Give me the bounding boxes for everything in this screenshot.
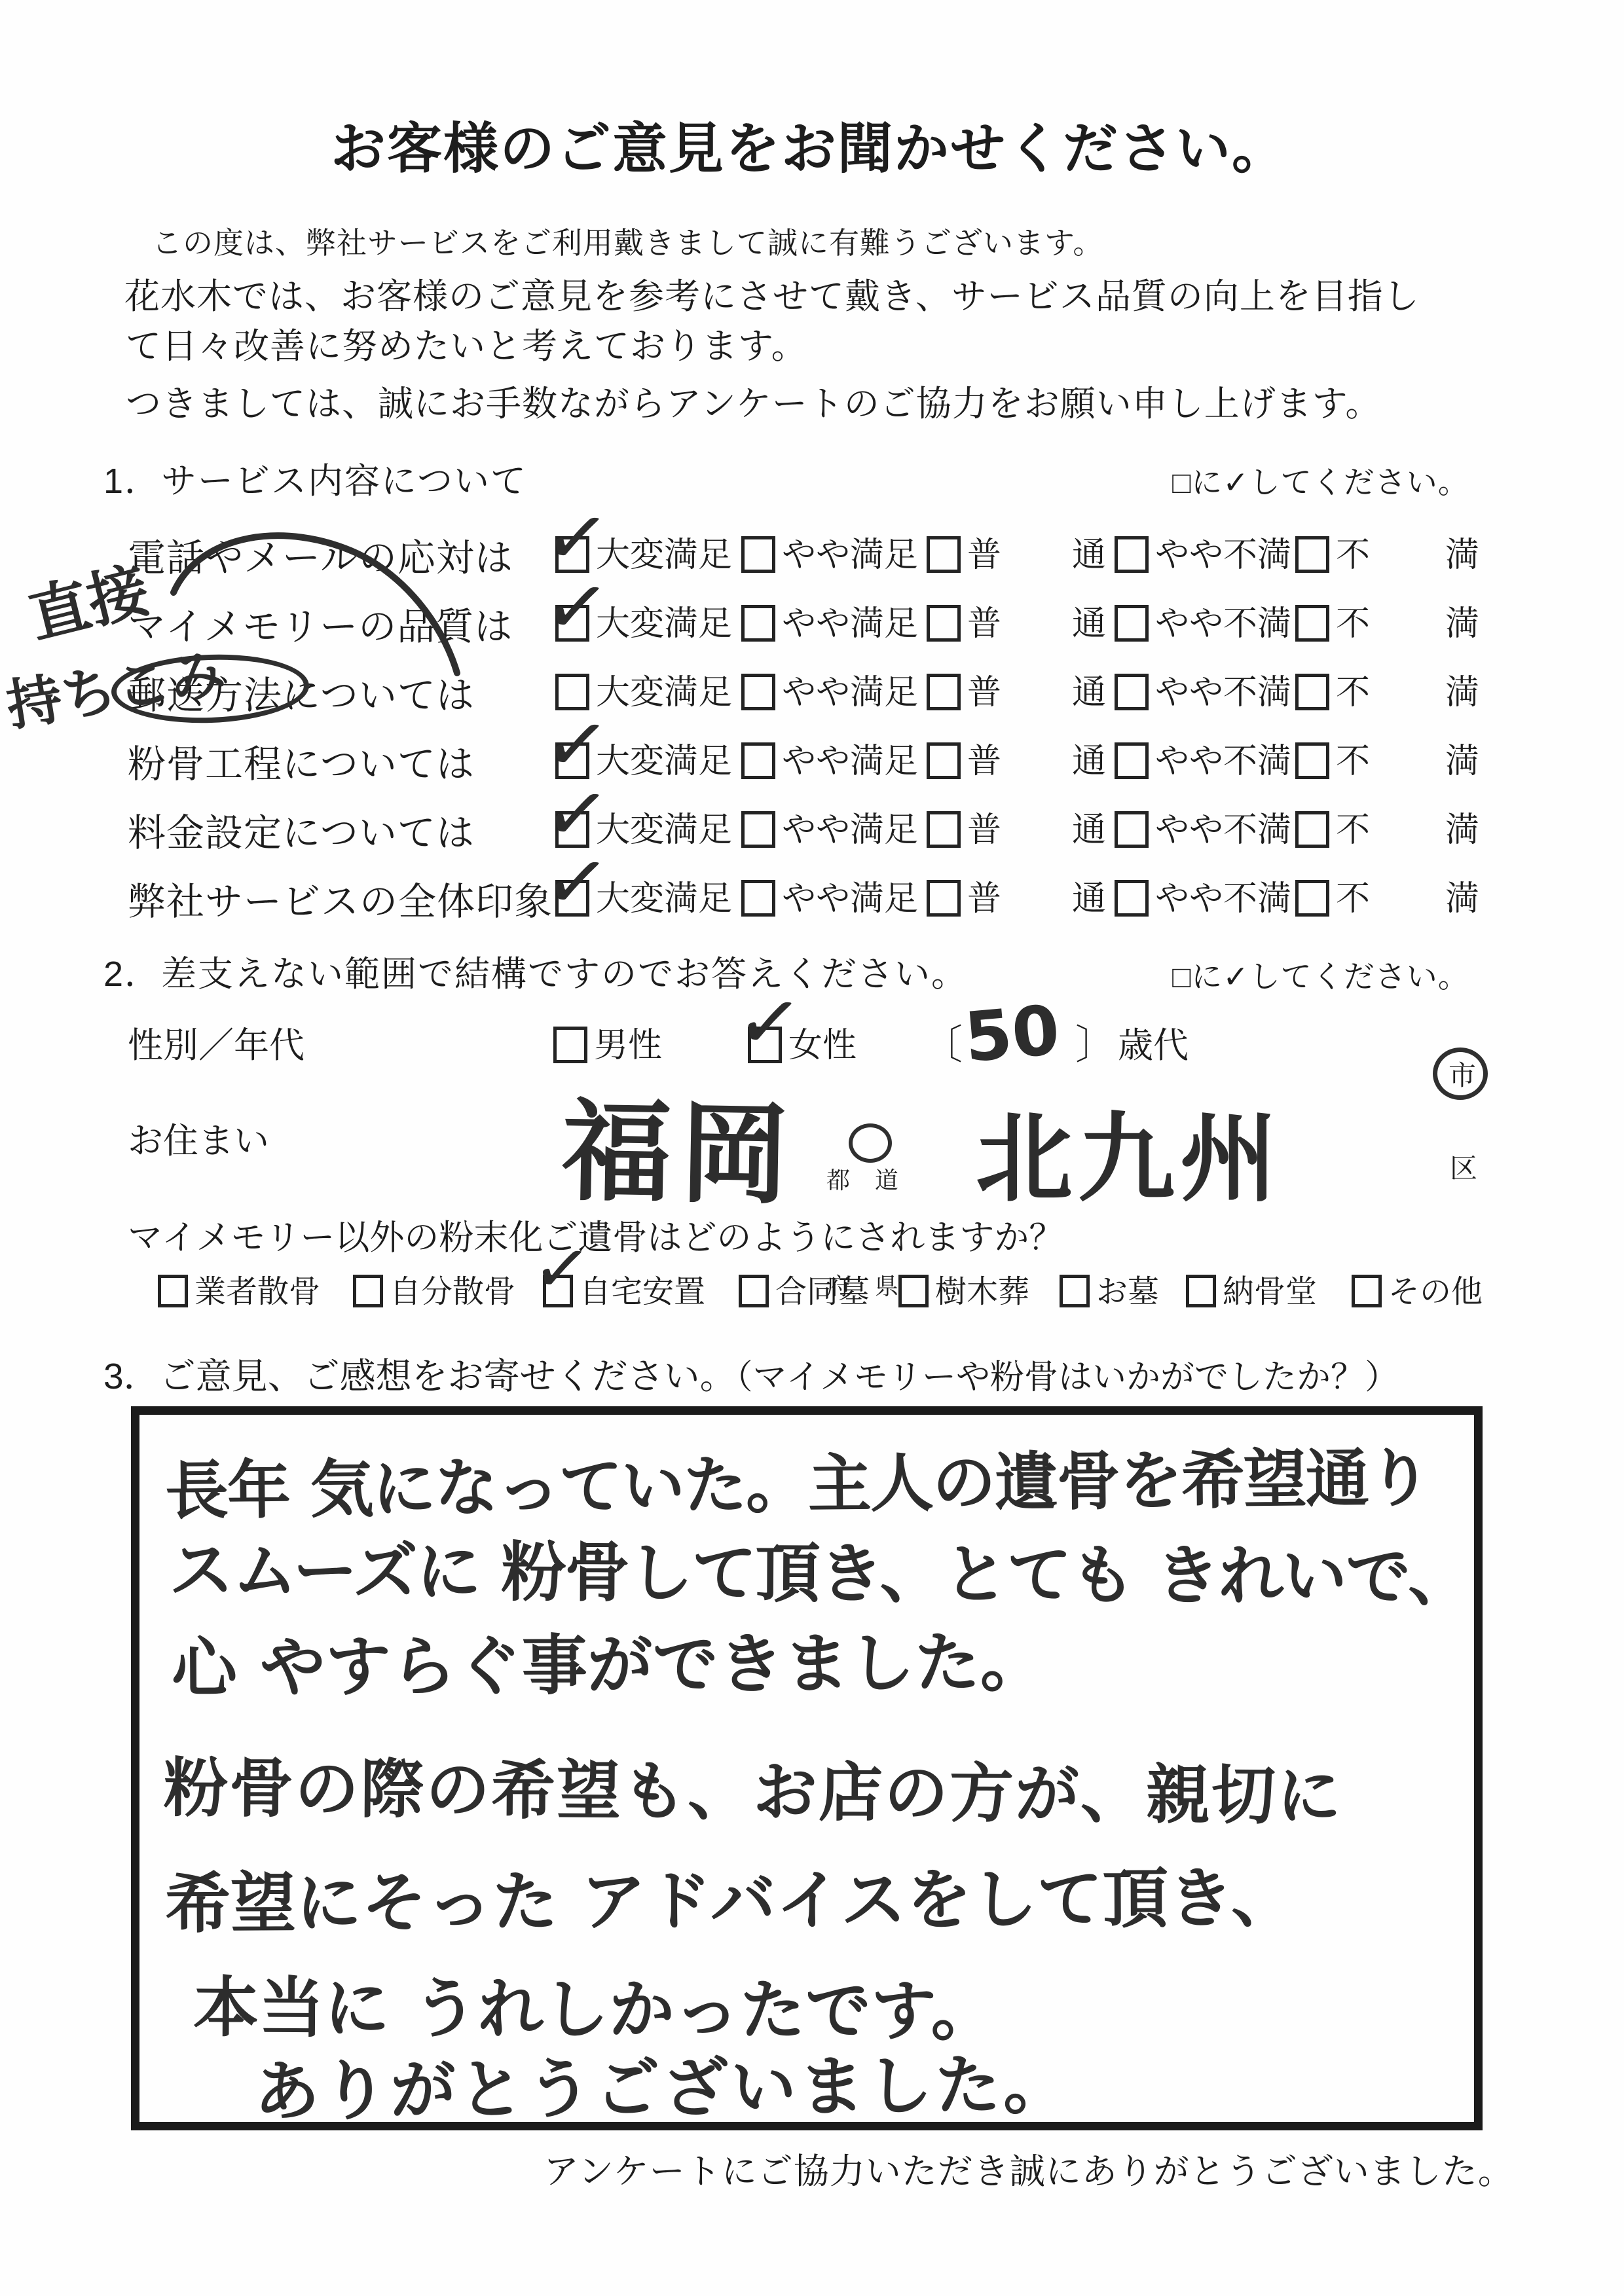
comment-line-2: スムーズに 粉骨して頂き、とても きれいで、 xyxy=(169,1534,1472,1615)
service-row-overall: 弊社サービスの全体印象 大変満足 やや満足 普 通 やや不満 不 満 xyxy=(128,864,1568,930)
option-somewhat-dissatisfied: やや不満 xyxy=(1115,527,1291,576)
male-option: 男性 xyxy=(553,1017,662,1066)
comment-line-6: 本当に うれしかったです。 xyxy=(193,1970,997,2049)
checkbox-icon xyxy=(741,674,775,710)
option-dissatisfied: 不 xyxy=(1295,665,1370,714)
checkbox-icon xyxy=(1186,1275,1216,1307)
checkbox-icon xyxy=(1115,880,1149,917)
service-row-label: 粉骨工程については xyxy=(128,733,475,788)
service-row-label: 弊社サービスの全体印象 xyxy=(128,871,553,926)
remains-option-jumoku: 樹木葬 xyxy=(898,1266,1029,1311)
option-somewhat-dissatisfied: やや不満 xyxy=(1115,596,1291,645)
city-unit-bottom: 区 xyxy=(1450,1151,1486,1186)
prefecture-value: 福岡 xyxy=(561,1064,799,1226)
checkbox-icon xyxy=(927,742,961,779)
checkbox-icon xyxy=(1060,1275,1090,1307)
option-dissatisfied-suffix: 満 xyxy=(1445,596,1479,645)
section1-check-note: □に✓してください。 xyxy=(1172,458,1469,502)
option-dissatisfied: 不 xyxy=(1295,871,1370,920)
option-somewhat-dissatisfied: やや不満 xyxy=(1115,802,1291,851)
footer-thanks-note: アンケートにご協力いただき誠にありがとうございました。 xyxy=(544,2143,1514,2194)
checkbox-icon xyxy=(353,1275,383,1307)
service-row-label: 料金設定については xyxy=(128,802,475,857)
checkbox-icon xyxy=(158,1275,188,1307)
option-somewhat-satisfied: やや満足 xyxy=(741,665,918,714)
checkbox-icon xyxy=(1115,605,1149,642)
option-normal-suffix: 通 xyxy=(1072,733,1106,782)
option-normal: 普 xyxy=(927,802,1001,851)
option-dissatisfied-suffix: 満 xyxy=(1445,802,1479,851)
remains-option-godobo: 合同墓 xyxy=(739,1266,870,1311)
option-dissatisfied-suffix: 満 xyxy=(1445,871,1479,920)
checkbox-icon xyxy=(1115,674,1149,710)
comment-line-3: 心 やすらぐ事ができました。 xyxy=(172,1624,1046,1705)
service-row-pricing: 料金設定については 大変満足 やや満足 普 通 やや不満 不 満 xyxy=(128,795,1568,861)
handwritten-check-icon: ✓ xyxy=(733,979,807,1064)
checkbox-icon xyxy=(1115,811,1149,848)
prefecture-unit-circle xyxy=(849,1123,892,1163)
remains-option-jibun: 自分散骨 xyxy=(353,1266,515,1311)
comment-line-7: ありがとうございました。 xyxy=(254,2047,1072,2130)
handwritten-check-icon: ✓ xyxy=(540,839,614,924)
intro-paragraph-2-line1: 花水木では、お客様のご意見を参考にさせて戴き、サービス品質の向上を目指し xyxy=(124,268,1420,319)
checkbox-icon xyxy=(1295,811,1329,848)
option-dissatisfied: 不 xyxy=(1295,733,1370,782)
checkbox-icon xyxy=(553,1027,587,1063)
section2-check-note: □に✓してください。 xyxy=(1172,953,1469,996)
handwritten-check-icon: ✓ xyxy=(529,1231,595,1307)
option-somewhat-dissatisfied: やや不満 xyxy=(1115,733,1291,782)
checkbox-icon xyxy=(927,811,961,848)
city-value: 北九州 xyxy=(976,1082,1282,1220)
option-somewhat-dissatisfied: やや不満 xyxy=(1115,871,1291,920)
checkbox-icon xyxy=(1295,880,1329,917)
checkbox-icon xyxy=(1352,1275,1382,1307)
option-normal-suffix: 通 xyxy=(1072,665,1106,714)
checkbox-icon xyxy=(741,605,775,642)
option-somewhat-satisfied: やや満足 xyxy=(741,596,918,645)
checkbox-icon xyxy=(927,536,961,573)
option-normal-suffix: 通 xyxy=(1072,527,1106,576)
comment-line-5: 希望にそった アドバイスをして頂き、 xyxy=(165,1860,1297,1941)
page-title: お客様のご意見をお聞かせください。 xyxy=(331,105,1288,184)
checkbox-icon xyxy=(741,880,775,917)
section2-heading: 2．差支えない範囲で結構ですのでお答えください。 xyxy=(103,946,968,996)
option-normal: 普 xyxy=(927,733,1001,782)
option-somewhat-dissatisfied: やや不満 xyxy=(1115,665,1291,714)
checkbox-icon xyxy=(1295,536,1329,573)
checkbox-icon xyxy=(898,1275,929,1307)
gender-age-label: 性別／年代 xyxy=(128,1017,304,1068)
city-unit-circle xyxy=(1433,1048,1488,1100)
intro-paragraph-2-line2: て日々改善に努めたいと考えております。 xyxy=(126,318,807,369)
intro-paragraph-3: つきましては、誠にお手数ながらアンケートのご協力をお願い申し上げます。 xyxy=(126,376,1381,426)
checkbox-icon xyxy=(741,742,775,779)
option-somewhat-satisfied: やや満足 xyxy=(741,871,918,920)
residence-label: お住まい xyxy=(128,1113,269,1163)
option-normal-suffix: 通 xyxy=(1072,596,1106,645)
checkbox-icon xyxy=(927,605,961,642)
section3-heading: 3．ご意見、ご感想をお寄せください。（マイメモリーや粉骨はいかがでしたか？） xyxy=(103,1347,1399,1399)
intro-paragraph-1: この度は、弊社サービスをご利用戴きまして誠に有難うございます。 xyxy=(152,219,1103,263)
option-normal: 普 xyxy=(927,596,1001,645)
service-row-powdering: 粉骨工程については 大変満足 やや満足 普 通 やや不満 不 満 xyxy=(128,727,1568,792)
handwritten-check-icon: ✓ xyxy=(540,564,614,649)
checkbox-icon xyxy=(927,880,961,917)
option-dissatisfied: 不 xyxy=(1295,527,1370,576)
checkbox-icon xyxy=(1115,742,1149,779)
option-somewhat-satisfied: やや満足 xyxy=(741,802,918,851)
remains-option-ohaka: お墓 xyxy=(1060,1266,1159,1311)
checkbox-icon xyxy=(927,674,961,710)
comment-line-1: 長年 気になっていた。主人の遺骨を希望通り xyxy=(164,1442,1430,1528)
age-value: 50 xyxy=(961,990,1063,1078)
checkbox-icon xyxy=(1115,536,1149,573)
checkbox-icon xyxy=(741,811,775,848)
age-bracket-close: 〕 xyxy=(1075,1012,1116,1070)
remains-option-gyosha: 業者散骨 xyxy=(158,1266,320,1311)
section3-heading-note: （マイメモリーや粉骨はいかがでしたか？） xyxy=(736,1358,1399,1396)
section1-heading: 1．サービス内容について xyxy=(103,453,527,503)
checkbox-icon xyxy=(741,536,775,573)
gender-age-row: 性別／年代 男性 女性 〔 50 〕 歳代 xyxy=(128,1008,1503,1074)
remains-option-nokotsu: 納骨堂 xyxy=(1186,1266,1317,1311)
checkbox-icon xyxy=(1295,605,1329,642)
option-normal: 普 xyxy=(927,665,1001,714)
option-normal-suffix: 通 xyxy=(1072,802,1106,851)
checkbox-icon xyxy=(1295,674,1329,710)
age-bracket-open: 〔 xyxy=(922,1012,963,1070)
checkbox-icon xyxy=(739,1275,769,1307)
option-somewhat-satisfied: やや満足 xyxy=(741,527,918,576)
option-normal: 普 xyxy=(927,527,1001,576)
remains-options-row: 業者散骨 自分散骨 自宅安置 合同墓 樹木葬 お墓 納骨堂 その他 xyxy=(0,1258,1624,1317)
option-normal-suffix: 通 xyxy=(1072,871,1106,920)
option-dissatisfied-suffix: 満 xyxy=(1445,733,1479,782)
option-dissatisfied: 不 xyxy=(1295,596,1370,645)
option-normal: 普 xyxy=(927,871,1001,920)
remains-option-sonota: その他 xyxy=(1352,1266,1483,1311)
remains-question: マイメモリー以外の粉末化ご遺骨はどのようにされますか？ xyxy=(128,1210,1063,1260)
option-dissatisfied-suffix: 満 xyxy=(1445,527,1479,576)
age-suffix: 歳代 xyxy=(1118,1017,1189,1068)
comment-line-4: 粉骨の際の希望も、お店の方が、親切に xyxy=(164,1752,1343,1834)
option-dissatisfied: 不 xyxy=(1295,802,1370,851)
survey-scan-page: お客様のご意見をお聞かせください。 この度は、弊社サービスをご利用戴きまして誠に… xyxy=(0,0,1624,2296)
option-dissatisfied-suffix: 満 xyxy=(1445,665,1479,714)
option-somewhat-satisfied: やや満足 xyxy=(741,733,918,782)
checkbox-icon xyxy=(1295,742,1329,779)
